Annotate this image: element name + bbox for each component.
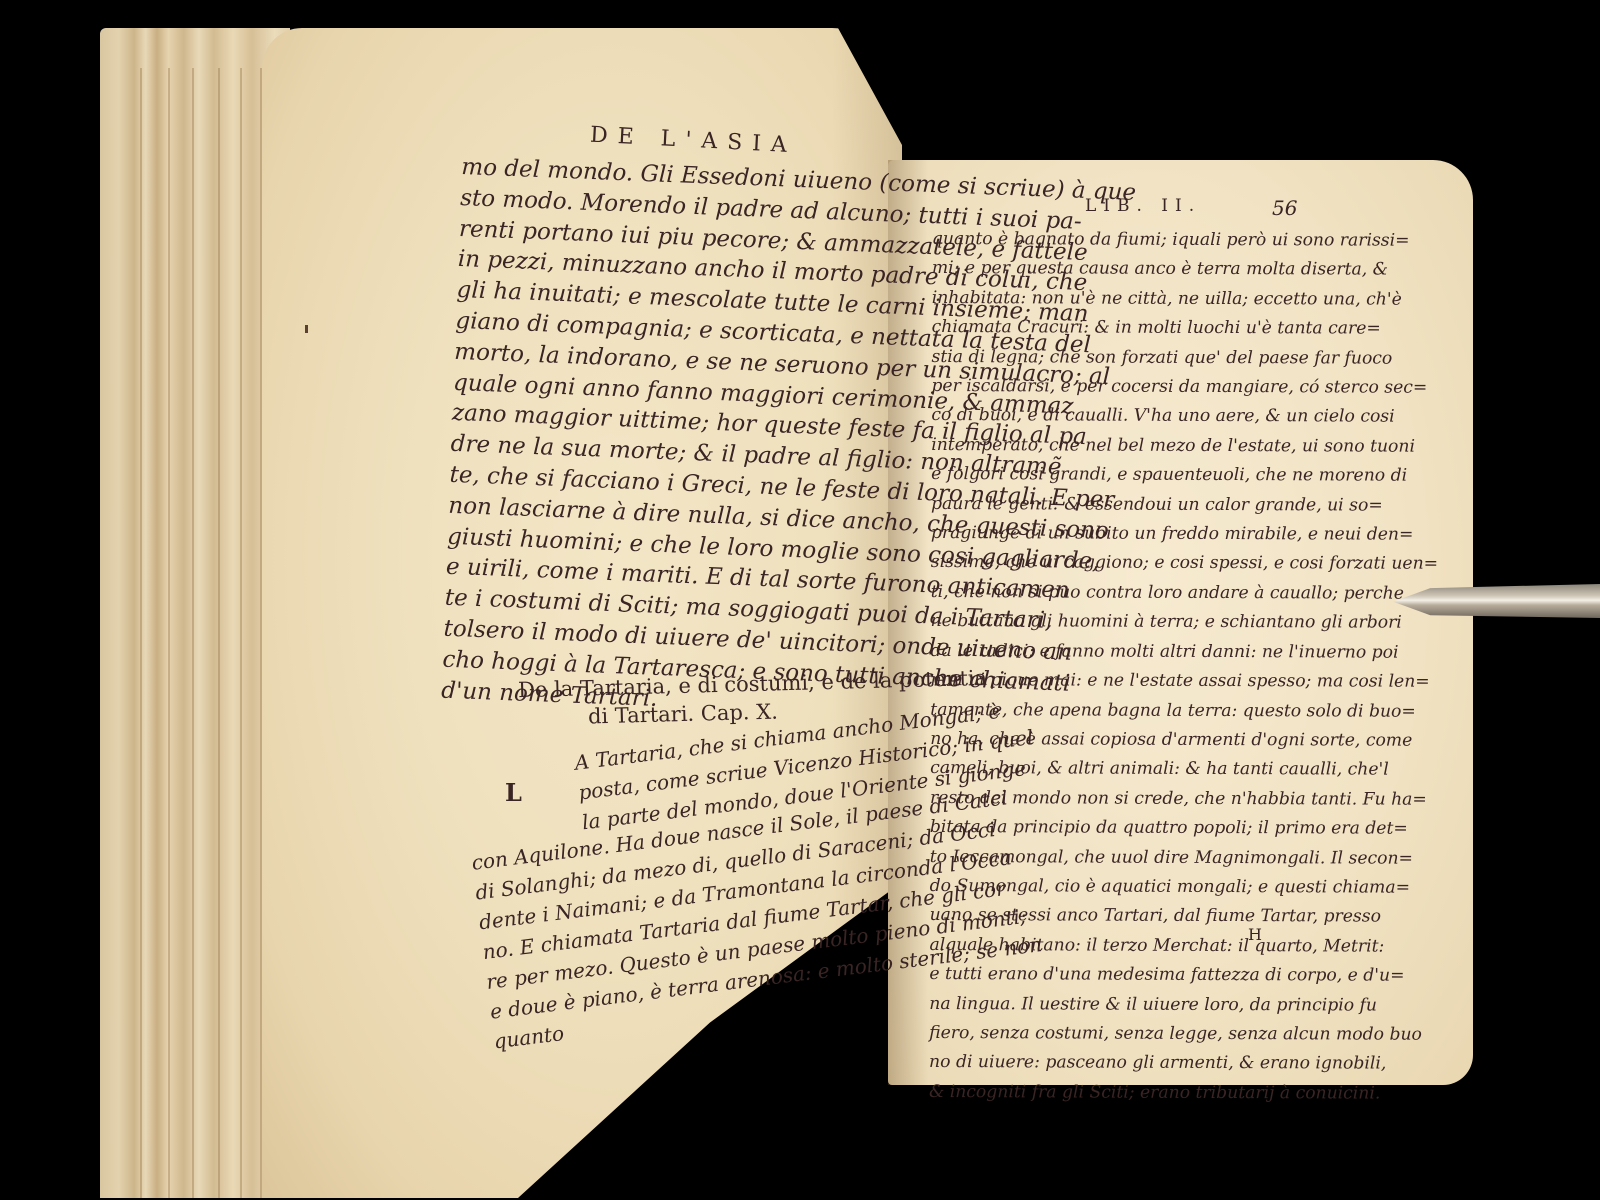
text-line: paura le genti: & essendoui un calor gra… [931,490,1438,521]
text-line: intemperato, che nel bel mezo de l'estat… [931,431,1438,462]
right-page-body: quanto è bagnato da fiumi; iquali però u… [929,225,1439,1109]
text-line: do Sumongal, cio è aquatici mongali; e q… [930,872,1437,903]
ink-mark [305,325,308,333]
text-line: & incogniti fra gli Sciti; erano tributa… [929,1078,1436,1109]
text-line: alquale habitano: il terzo Merchat: il q… [929,931,1436,962]
text-line: sissime, che ui caggiono; e cosi spessi,… [931,548,1438,579]
page-edge-line [240,68,242,1198]
initial-letter: L [505,778,522,807]
text-line: uano se stessi anco Tartari, dal fiume T… [930,901,1437,932]
text-line: ne buttano gli huomini à terra; e schian… [931,607,1438,638]
right-running-head: LIB. II. [1085,196,1201,216]
page-edge-line [260,68,262,1198]
text-line: bitata da principio da quattro popoli; i… [930,813,1437,844]
text-line: fiero, senza costumi, senza legge, senza… [929,1019,1436,1050]
text-line: stia di legna; che son forzati que' del … [931,343,1438,374]
book-photo: DE L'ASIA mo del mondo. Gli Essedoni uiu… [0,0,1600,1200]
chapter-heading-line-2: di Tartari. Cap. X. [588,700,778,729]
text-line: chiamata Cracuri: & in molti luochi u'è … [932,313,1439,344]
text-line: no ha, che è assai copiosa d'armenti d'o… [930,725,1437,756]
text-line: mi; e per questa causa anco è terra molt… [932,254,1439,285]
text-line: per iscaldarsi, e per cocersi da mangiar… [931,372,1438,403]
page-edges [100,28,290,1198]
page-number: 56 [1272,196,1297,220]
text-line: na lingua. Il uestire & il uiuere loro, … [929,990,1436,1021]
text-line: to Ieccamongal, che uuol dire Magnimonga… [930,843,1437,874]
text-line: non ui pioue mai: e ne l'estate assai sp… [930,666,1437,697]
text-line: tamente, che apena bagna la terra: quest… [930,695,1437,726]
signature-mark: H [1248,925,1262,944]
text-line: e folgori cosi grandi, e spauenteuoli, c… [931,460,1438,491]
text-line: no di uiuere: pasceano gli armenti, & er… [929,1048,1436,1079]
text-line: pragiunge di un subito un freddo mirabil… [931,519,1438,550]
text-line: e tutti erano d'una medesima fattezza di… [929,960,1436,991]
page-edge-line [168,68,170,1198]
page-edge-line [140,68,142,1198]
text-line: ti, che non si puo contra loro andare à … [931,578,1438,609]
text-line: quanto è bagnato da fiumi; iquali però u… [932,225,1439,256]
page-edge-line [218,68,220,1198]
text-line: da le radici; e fanno molti altri danni:… [930,637,1437,668]
text-line: cameli, buoi, & altri animali: & ha tant… [930,754,1437,785]
text-line: co di buoi, e di caualli. V'ha uno aere,… [931,401,1438,432]
text-line: resto del mondo non si crede, che n'habb… [930,784,1437,815]
text-line: inhabitata: non u'è ne città, ne uilla; … [932,284,1439,315]
page-edge-line [192,68,194,1198]
